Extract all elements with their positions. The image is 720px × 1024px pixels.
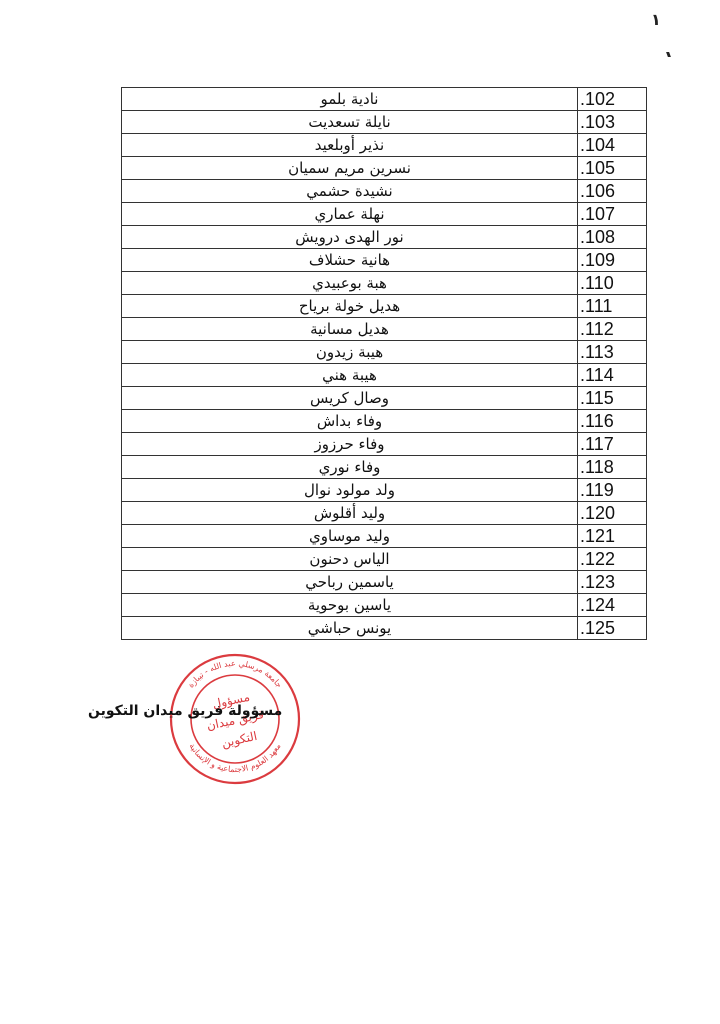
row-number: 119	[585, 480, 614, 500]
table-row: نادية بلمو.102	[122, 88, 647, 111]
table-row: نذير أوبلعيد.104	[122, 134, 647, 157]
row-number: 120	[585, 503, 615, 523]
stamp-inner-line-3: التكوين	[220, 729, 258, 751]
row-number: 118	[585, 457, 614, 477]
row-number-cell: .106	[578, 180, 647, 203]
student-name-cell: وصال كريس	[122, 387, 578, 410]
names-table-body: نادية بلمو.102نايلة تسعديت.103نذير أوبلع…	[122, 88, 647, 640]
page-number: ١	[651, 10, 661, 29]
table-row: وصال كريس.115	[122, 387, 647, 410]
row-number: 113	[585, 342, 614, 362]
row-number: 116	[585, 411, 614, 431]
row-number: 110	[585, 273, 614, 293]
row-number-cell: .110	[578, 272, 647, 295]
student-name-cell: وفاء بداش	[122, 410, 578, 433]
row-number-cell: .117	[578, 433, 647, 456]
row-number-cell: .107	[578, 203, 647, 226]
row-number: 125	[585, 618, 615, 638]
student-name-cell: نذير أوبلعيد	[122, 134, 578, 157]
row-number-cell: .119	[578, 479, 647, 502]
row-number-cell: .124	[578, 594, 647, 617]
table-row: نشيدة حشمي.106	[122, 180, 647, 203]
row-number-cell: .125	[578, 617, 647, 640]
row-number: 107	[585, 204, 615, 224]
row-number-cell: .116	[578, 410, 647, 433]
row-number-cell: .103	[578, 111, 647, 134]
student-name-cell: هيبة زيدون	[122, 341, 578, 364]
table-row: وفاء نوري.118	[122, 456, 647, 479]
row-number: 121	[585, 526, 615, 546]
table-row: هبة بوعبيدي.110	[122, 272, 647, 295]
student-name-cell: هانية حشلاف	[122, 249, 578, 272]
student-name-cell: نسرين مريم سميان	[122, 157, 578, 180]
row-number-cell: .102	[578, 88, 647, 111]
table-row: ياسمين رباحي.123	[122, 571, 647, 594]
table-row: نايلة تسعديت.103	[122, 111, 647, 134]
student-name-cell: ولد مولود نوال	[122, 479, 578, 502]
table-row: هديل مسانية.112	[122, 318, 647, 341]
row-number: 109	[585, 250, 615, 270]
table-row: وفاء حرزوز.117	[122, 433, 647, 456]
row-number: 115	[585, 388, 614, 408]
row-number: 114	[585, 365, 614, 385]
row-number: 106	[585, 181, 615, 201]
row-number: 112	[585, 319, 614, 339]
student-name-cell: نهلة عماري	[122, 203, 578, 226]
official-stamp: جامعة مرسلي عبد الله - تيبازة معهد العلو…	[168, 652, 302, 786]
student-name-cell: هيبة هني	[122, 364, 578, 387]
table-row: وفاء بداش.116	[122, 410, 647, 433]
table-row: نور الهدى درويش.108	[122, 226, 647, 249]
row-number-cell: .109	[578, 249, 647, 272]
row-number-cell: .112	[578, 318, 647, 341]
table-row: هديل خولة برياح.111	[122, 295, 647, 318]
table-row: هيبة هني.114	[122, 364, 647, 387]
row-number: 124	[585, 595, 615, 615]
student-name-cell: ياسين بوحوية	[122, 594, 578, 617]
row-number: 122	[585, 549, 615, 569]
student-name-cell: نايلة تسعديت	[122, 111, 578, 134]
row-number-cell: .104	[578, 134, 647, 157]
row-number: 102	[585, 89, 615, 109]
student-name-cell: يونس حباشي	[122, 617, 578, 640]
row-number: 111	[585, 296, 612, 316]
row-number: 103	[585, 112, 615, 132]
student-name-cell: هديل مسانية	[122, 318, 578, 341]
table-row: وليد موساوي.121	[122, 525, 647, 548]
student-name-cell: نشيدة حشمي	[122, 180, 578, 203]
student-name-cell: وفاء حرزوز	[122, 433, 578, 456]
student-name-cell: وليد موساوي	[122, 525, 578, 548]
table-row: نهلة عماري.107	[122, 203, 647, 226]
student-name-cell: وليد أقلوش	[122, 502, 578, 525]
stamp-seal-icon: جامعة مرسلي عبد الله - تيبازة معهد العلو…	[168, 652, 302, 786]
student-name-cell: هبة بوعبيدي	[122, 272, 578, 295]
table-row: يونس حباشي.125	[122, 617, 647, 640]
row-number-cell: .123	[578, 571, 647, 594]
row-number: 108	[585, 227, 615, 247]
row-number: 104	[585, 135, 615, 155]
row-number: 105	[585, 158, 615, 178]
row-number-cell: .121	[578, 525, 647, 548]
row-number-cell: .120	[578, 502, 647, 525]
table-row: هيبة زيدون.113	[122, 341, 647, 364]
table-row: نسرين مريم سميان.105	[122, 157, 647, 180]
row-number-cell: .105	[578, 157, 647, 180]
row-number: 117	[585, 434, 614, 454]
student-name-cell: هديل خولة برياح	[122, 295, 578, 318]
row-number-cell: .108	[578, 226, 647, 249]
student-name-cell: نور الهدى درويش	[122, 226, 578, 249]
student-name-cell: وفاء نوري	[122, 456, 578, 479]
student-name-cell: نادية بلمو	[122, 88, 578, 111]
row-number-cell: .118	[578, 456, 647, 479]
row-number-cell: .122	[578, 548, 647, 571]
student-name-cell: الياس دحنون	[122, 548, 578, 571]
row-number-cell: .115	[578, 387, 647, 410]
signature-label: مسؤولة فريق ميدان التكوين	[88, 703, 282, 719]
table-row: الياس دحنون.122	[122, 548, 647, 571]
row-number-cell: .111	[578, 295, 647, 318]
table-row: ياسين بوحوية.124	[122, 594, 647, 617]
table-row: هانية حشلاف.109	[122, 249, 647, 272]
row-number-cell: .114	[578, 364, 647, 387]
names-table: نادية بلمو.102نايلة تسعديت.103نذير أوبلع…	[121, 87, 647, 640]
row-number: 123	[585, 572, 615, 592]
table-row: وليد أقلوش.120	[122, 502, 647, 525]
row-number-cell: .113	[578, 341, 647, 364]
table-row: ولد مولود نوال.119	[122, 479, 647, 502]
student-name-cell: ياسمين رباحي	[122, 571, 578, 594]
scan-mark	[666, 52, 671, 57]
